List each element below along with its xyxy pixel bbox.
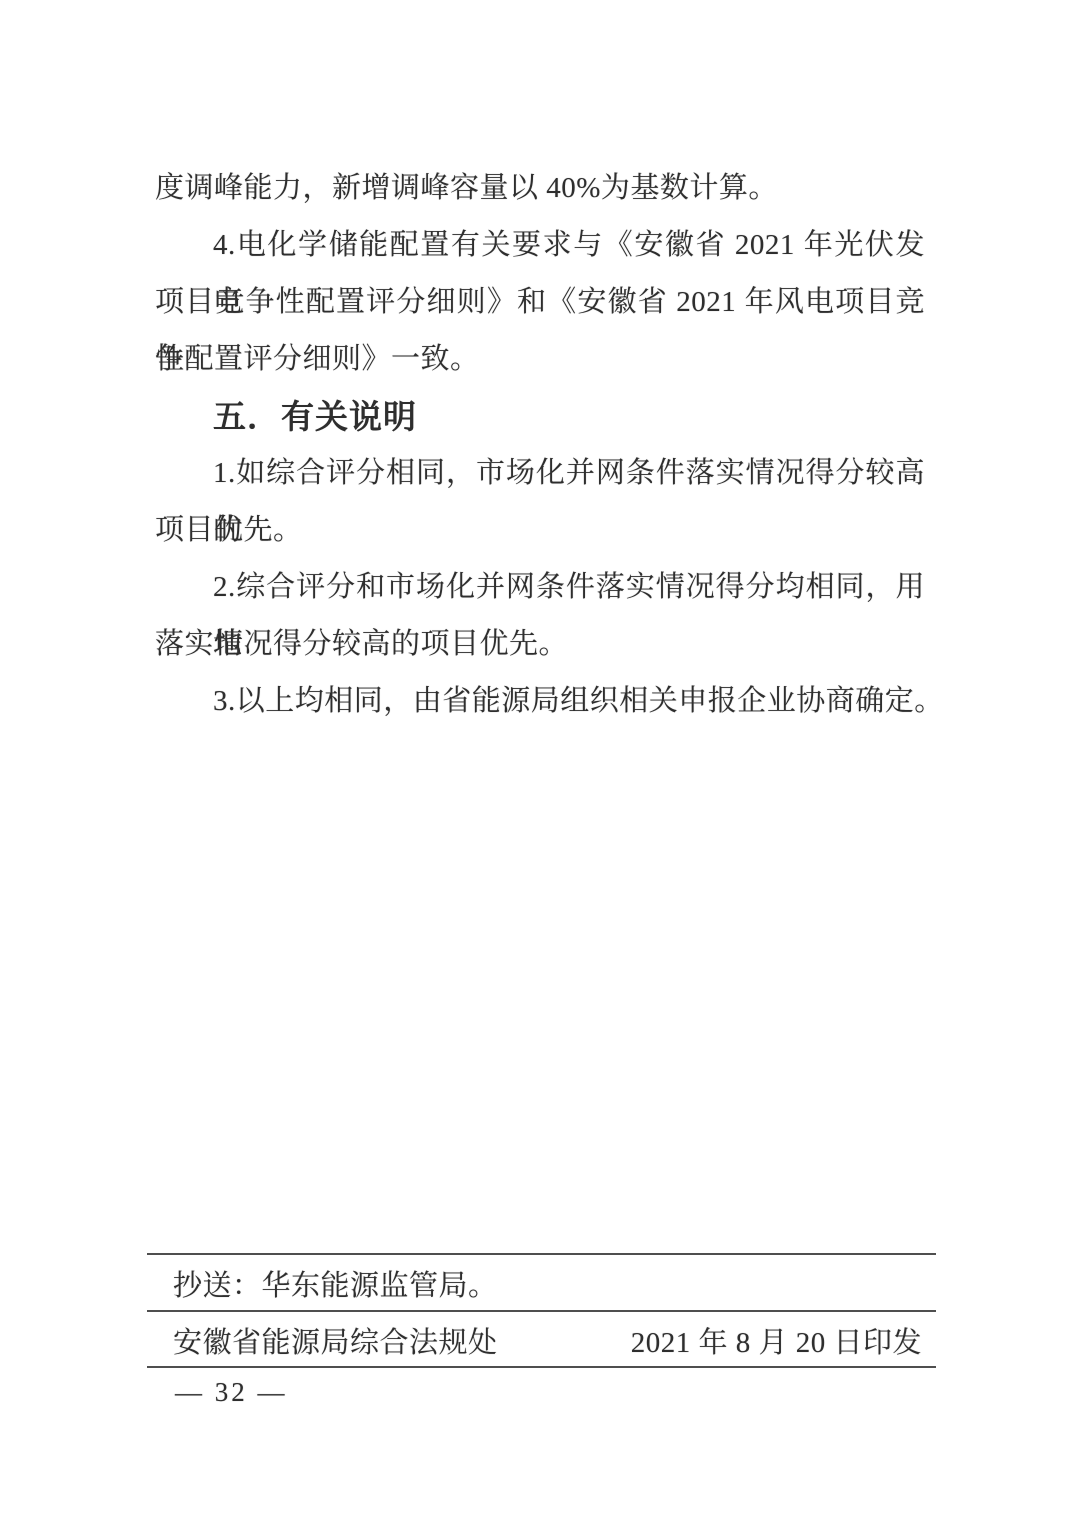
body-text-line: 性配置评分细则》一致。 — [155, 331, 925, 388]
footer-divider-bottom — [147, 1366, 936, 1368]
body-text-line: 2.综合评分和市场化并网条件落实情况得分均相同，用地 — [155, 559, 925, 616]
issuing-department: 安徽省能源局综合法规处 — [173, 1322, 498, 1364]
print-date: 2021 年 8 月 20 日印发 — [631, 1322, 922, 1364]
footer-divider-middle — [147, 1310, 936, 1312]
section-heading: 五．有关说明 — [155, 388, 925, 445]
issuer-row: 安徽省能源局综合法规处 2021 年 8 月 20 日印发 — [147, 1322, 936, 1364]
cc-note-row: 抄送：华东能源监管局。 — [147, 1264, 936, 1308]
page-number: — 32 — — [175, 1377, 288, 1407]
body-text-line: 4.电化学储能配置有关要求与《安徽省 2021 年光伏发电 — [155, 217, 925, 274]
page-number-row: — 32 — — [147, 1374, 936, 1410]
body-text-line: 项目竞争性配置评分细则》和《安徽省 2021 年风电项目竞争 — [155, 274, 925, 331]
document-body: 度调峰能力，新增调峰容量以 40%为基数计算。 4.电化学储能配置有关要求与《安… — [155, 160, 925, 730]
body-text-line: 3.以上均相同，由省能源局组织相关申报企业协商确定。 — [155, 673, 925, 730]
document-page: 度调峰能力，新增调峰容量以 40%为基数计算。 4.电化学储能配置有关要求与《安… — [0, 0, 1080, 1527]
body-text-line: 落实情况得分较高的项目优先。 — [155, 616, 925, 673]
body-text-line: 1.如综合评分相同，市场化并网条件落实情况得分较高的 — [155, 445, 925, 502]
cc-note: 抄送：华东能源监管局。 — [173, 1270, 498, 1302]
footer-divider-top — [147, 1253, 936, 1255]
body-text-line: 项目优先。 — [155, 502, 925, 559]
body-text-line: 度调峰能力，新增调峰容量以 40%为基数计算。 — [155, 160, 925, 217]
